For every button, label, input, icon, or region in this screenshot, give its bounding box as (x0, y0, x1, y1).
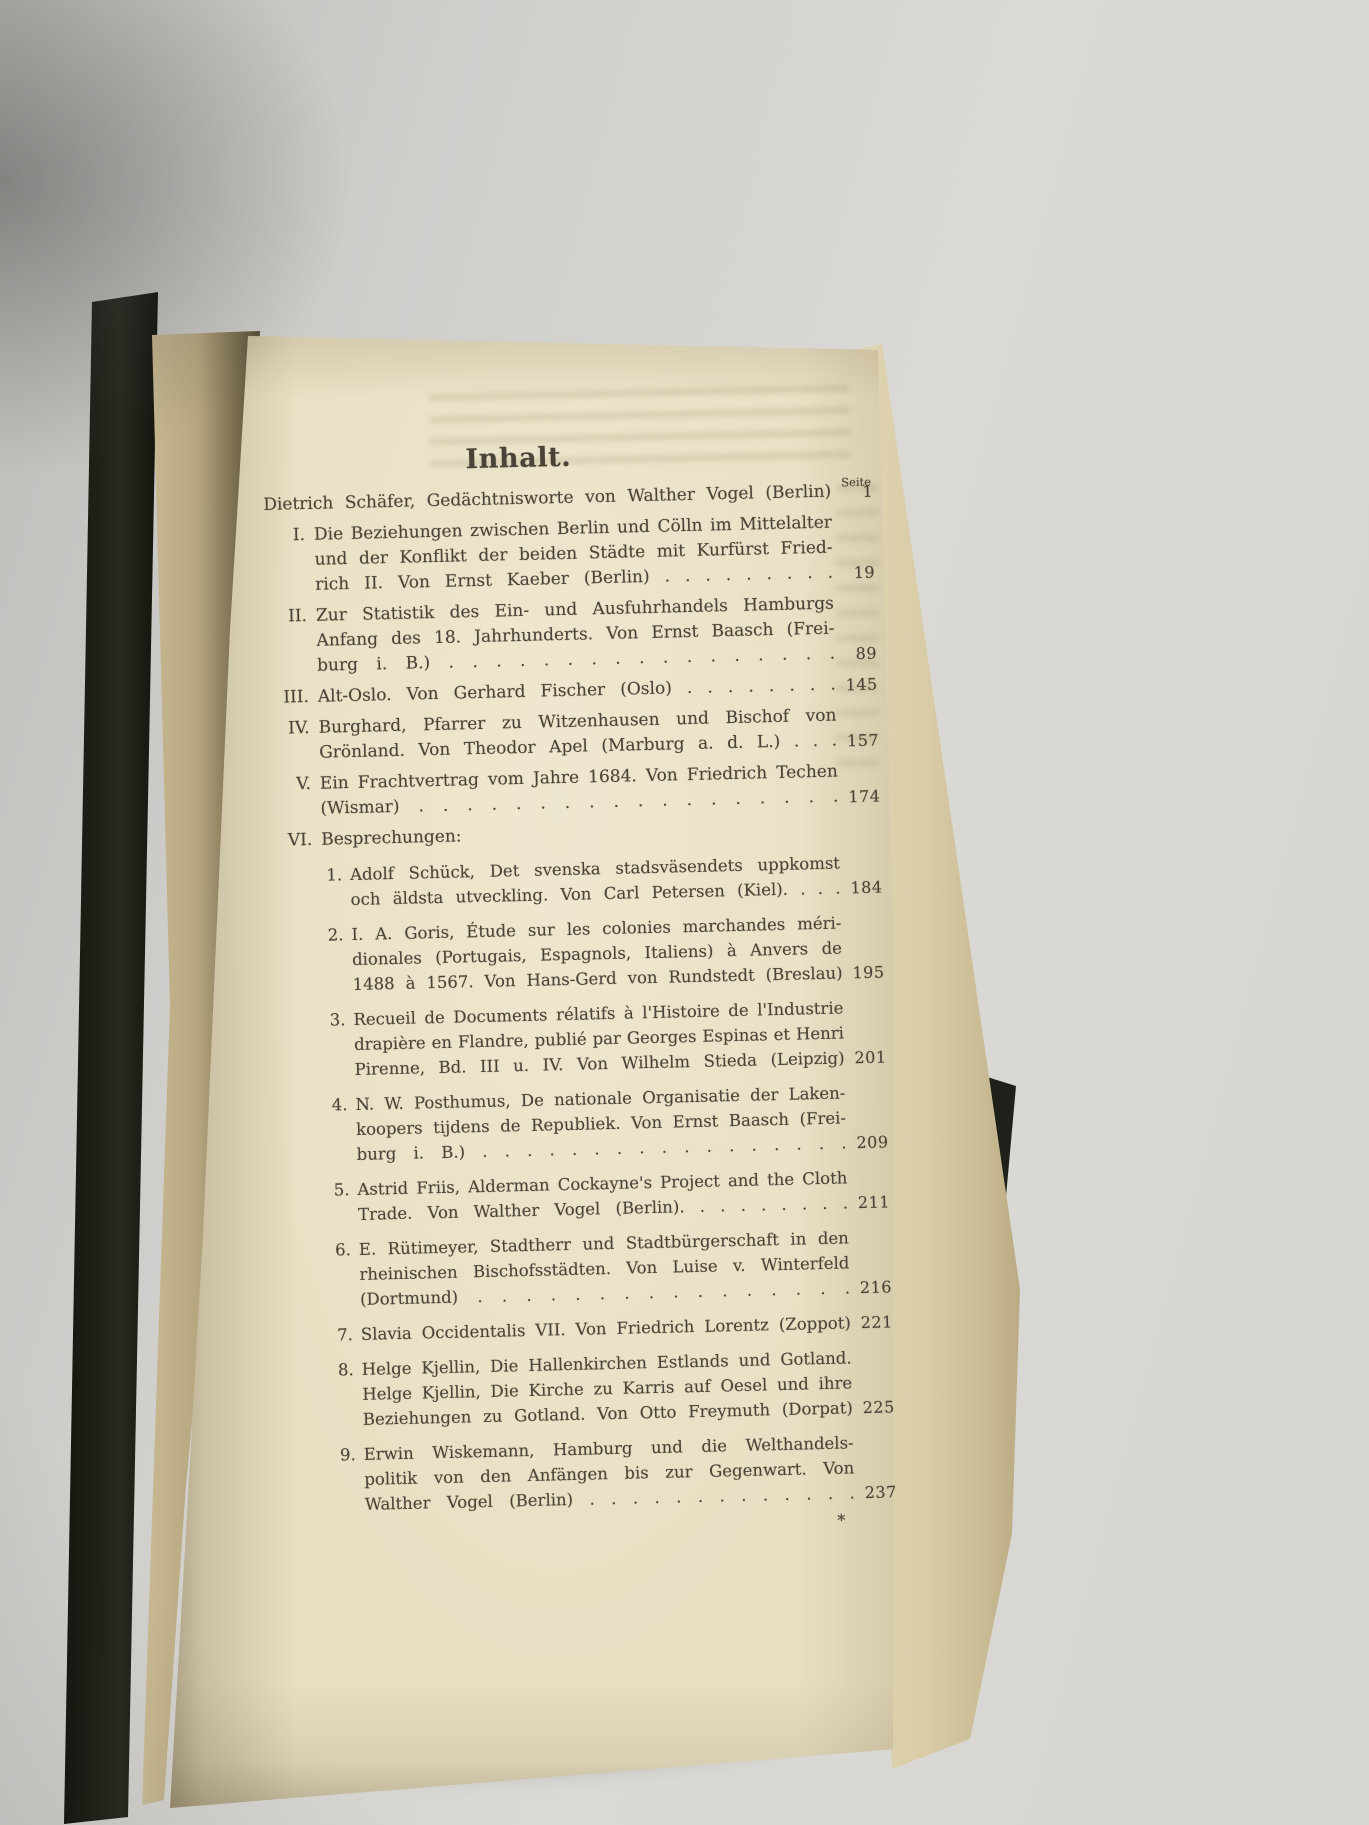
entry-page-number: 89 (835, 641, 878, 667)
toc-review-entry: 9.Erwin Wiskemann, Hamburg und die Welth… (329, 1429, 897, 1517)
entry-page-number: 209 (846, 1129, 889, 1155)
entry-page-number: 216 (850, 1274, 893, 1300)
entry-page-number: 174 (838, 784, 881, 810)
toc-review-entry: 2.I. A. Goris, Étude sur les colonies ma… (317, 909, 885, 997)
entry-page-number: 225 (852, 1394, 895, 1420)
entry-page-number: 19 (833, 560, 876, 586)
entry-number: 1. (316, 862, 351, 913)
entry-text: N. W. Posthumus, De nationale Organisati… (355, 1080, 847, 1167)
page-column-header: Seite (841, 476, 871, 490)
toc-review-entry: 5.Astrid Friis, Alderman Cockayne's Proj… (323, 1164, 890, 1227)
toc-review-entry: 3.Recueil de Documents rélatifs à l'Hist… (319, 994, 887, 1082)
entry-text: Erwin Wiskemann, Hamburg und die Welthan… (363, 1430, 855, 1517)
entry-text: Alt-Oslo. Von Gerhard Fischer (Oslo) . .… (318, 673, 836, 710)
entry-line: Alt-Oslo. Von Gerhard Fischer (Oslo) . .… (318, 673, 836, 710)
entry-text: Zur Statistik des Ein- und Ausfuhrhandel… (316, 592, 836, 679)
entry-number: 4. (321, 1092, 357, 1168)
entry-number: 8. (327, 1357, 363, 1433)
toc-review-entry: 4.N. W. Posthumus, De nationale Organisa… (321, 1079, 889, 1167)
entry-number: VI. (271, 828, 322, 854)
entry-page-number: 201 (844, 1044, 887, 1070)
entry-number: 2. (317, 922, 353, 998)
entry-number: III. (268, 685, 319, 711)
entry-page-number: 211 (848, 1189, 891, 1215)
entry-text: Burghard, Pfarrer zu Witzenhausen und Bi… (318, 704, 837, 766)
entry-number: 6. (325, 1237, 361, 1313)
entry-text: E. Rütimeyer, Stadtherr und Stadtbürgers… (359, 1225, 851, 1312)
entry-number: I. (264, 523, 316, 599)
toc-entry: IV.Burghard, Pfarrer zu Witzenhausen und… (268, 703, 879, 767)
entry-text: Slavia Occidentalis VII. Von Friedrich L… (361, 1310, 851, 1347)
entry-text: Ein Frachtvertrag vom Jahre 1684. Von Fr… (320, 760, 839, 822)
entry-page-number: 157 (837, 728, 880, 754)
entry-number: 7. (327, 1322, 362, 1348)
toc-review-entry: 1.Adolf Schück, Det svenska stadsväsende… (316, 850, 883, 913)
entry-line: Slavia Occidentalis VII. Von Friedrich L… (361, 1310, 851, 1347)
toc-review-entry: 8.Helge Kjellin, Die Hallenkirchen Estla… (327, 1344, 895, 1432)
entry-page-number: 237 (854, 1479, 897, 1505)
toc-rows: Dietrich Schäfer, Gedächtnisworte von Wa… (263, 479, 897, 1519)
entry-text: Die Beziehungen zwischen Berlin und Cöll… (314, 511, 834, 598)
table-of-contents: Inhalt. Seite Dietrich Schäfer, Gedächtn… (262, 434, 898, 1546)
entry-page-number: 184 (840, 875, 883, 901)
entry-text: Astrid Friis, Alderman Cockayne's Projec… (357, 1165, 848, 1227)
entry-number: V. (270, 772, 321, 823)
toc-entry: I.Die Beziehungen zwischen Berlin und Cö… (264, 510, 876, 599)
toc-review-entry: 7.Slavia Occidentalis VII. Von Friedrich… (327, 1309, 893, 1347)
entry-page-number: 195 (842, 959, 885, 985)
entry-page-number (839, 840, 881, 841)
entry-number: 3. (319, 1007, 355, 1083)
entry-number: II. (266, 604, 318, 680)
entry-number: IV. (268, 716, 319, 767)
entry-line: Besprechungen: (321, 816, 839, 853)
entry-text: Besprechungen: (321, 816, 839, 853)
entry-number: 9. (329, 1442, 365, 1518)
entry-page-number: 145 (835, 672, 878, 698)
entry-text: Helge Kjellin, Die Hallenkirchen Estland… (361, 1345, 853, 1432)
toc-entry: V.Ein Frachtvertrag vom Jahre 1684. Von … (270, 759, 881, 823)
entry-text: Adolf Schück, Det svenska stadsväsendets… (350, 851, 841, 913)
entry-page-number: 221 (850, 1309, 893, 1335)
book-photo: Inhalt. Seite Dietrich Schäfer, Gedächtn… (0, 0, 1369, 1825)
toc-review-entry: 6.E. Rütimeyer, Stadtherr und Stadtbürge… (325, 1224, 893, 1312)
toc-entry: II.Zur Statistik des Ein- und Ausfuhrhan… (266, 591, 878, 680)
entry-number: 5. (323, 1177, 358, 1228)
entry-text: I. A. Goris, Étude sur les colonies marc… (351, 910, 843, 997)
entry-text: Recueil de Documents rélatifs à l'Histoi… (353, 995, 845, 1082)
